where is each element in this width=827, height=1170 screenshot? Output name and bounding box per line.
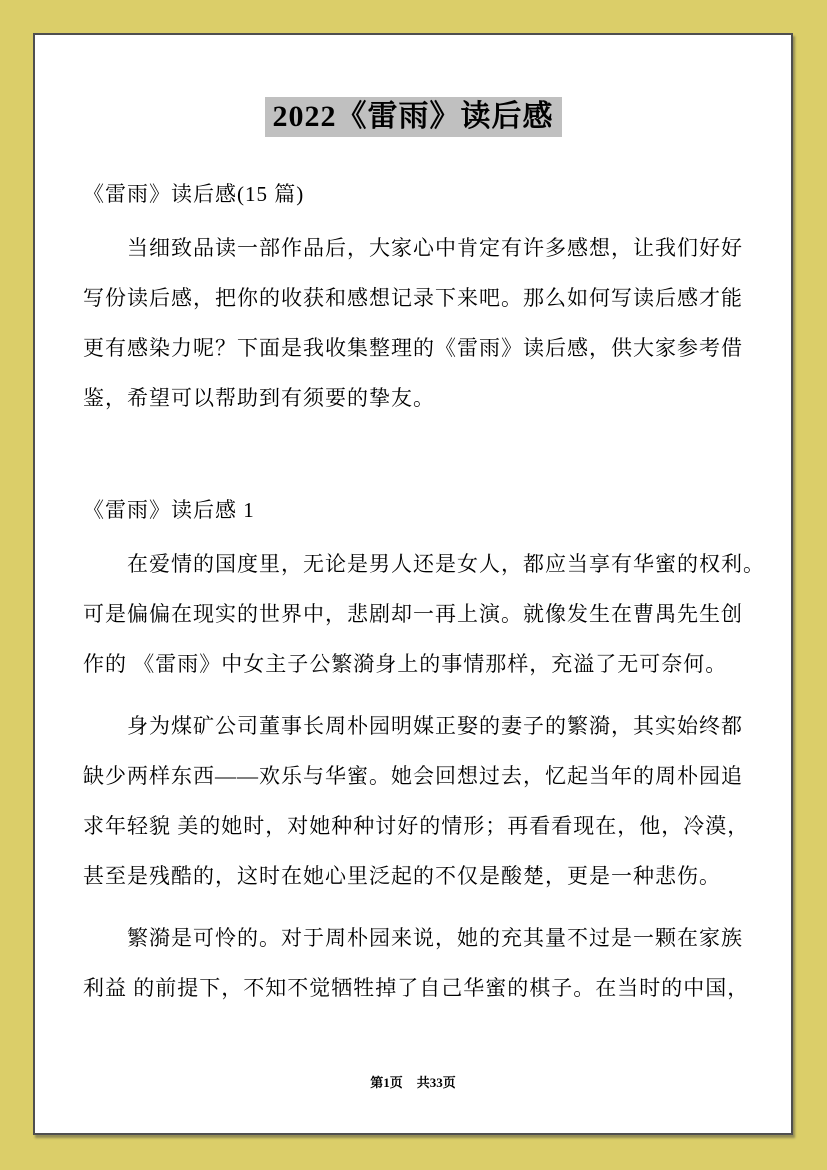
text-line: 繁漪是可怜的。对于周朴园来说，她的充其量不过是一颗在家族 bbox=[83, 913, 743, 963]
text-line: 可是偏偏在现实的世界中，悲剧却一再上演。就像发生在曹禺先生创 bbox=[83, 589, 743, 639]
document-title: 2022《雷雨》读后感 bbox=[83, 97, 743, 137]
document-subtitle: 《雷雨》读后感(15 篇) bbox=[83, 169, 743, 219]
intro-paragraph: 当细致品读一部作品后，大家心中肯定有许多感想，让我们好好 写份读后感，把你的收获… bbox=[83, 223, 743, 423]
document-page: 2022《雷雨》读后感 《雷雨》读后感(15 篇) 当细致品读一部作品后，大家心… bbox=[33, 33, 793, 1135]
text-line: 鉴，希望可以帮助到有须要的挚友。 bbox=[83, 373, 743, 423]
text-line: 更有感染力呢？下面是我收集整理的《雷雨》读后感，供大家参考借 bbox=[83, 323, 743, 373]
text-line: 当细致品读一部作品后，大家心中肯定有许多感想，让我们好好 bbox=[83, 223, 743, 273]
section-heading-1: 《雷雨》读后感 1 bbox=[83, 485, 743, 535]
text-line: 在爱情的国度里，无论是男人还是女人，都应当享有华蜜的权利。 bbox=[83, 539, 743, 589]
text-line: 缺少两样东西——欢乐与华蜜。她会回想过去，忆起当年的周朴园追 bbox=[83, 751, 743, 801]
text-line: 甚至是残酷的，这时在她心里泛起的不仅是酸楚，更是一种悲伤。 bbox=[83, 851, 743, 901]
text-line: 写份读后感，把你的收获和感想记录下来吧。那么如何写读后感才能 bbox=[83, 273, 743, 323]
title-highlighted-text: 2022《雷雨》读后感 bbox=[265, 97, 562, 137]
text-line: 求年轻貌 美的她时，对她种种讨好的情形；再看看现在，他，冷漠， bbox=[83, 801, 743, 851]
current-page-label: 第1页 bbox=[370, 1075, 403, 1090]
total-pages-label: 共33页 bbox=[417, 1075, 456, 1090]
page-footer: 第1页共33页 bbox=[35, 1072, 791, 1091]
body-paragraph-1: 在爱情的国度里，无论是男人还是女人，都应当享有华蜜的权利。 可是偏偏在现实的世界… bbox=[83, 539, 743, 689]
text-line: 利益 的前提下，不知不觉牺牲掉了自己华蜜的棋子。在当时的中国， bbox=[83, 963, 743, 1013]
text-line: 身为煤矿公司董事长周朴园明媒正娶的妻子的繁漪，其实始终都 bbox=[83, 701, 743, 751]
body-paragraph-3: 繁漪是可怜的。对于周朴园来说，她的充其量不过是一颗在家族 利益 的前提下，不知不… bbox=[83, 913, 743, 1013]
viewer-background: 2022《雷雨》读后感 《雷雨》读后感(15 篇) 当细致品读一部作品后，大家心… bbox=[0, 0, 827, 1170]
text-line: 作的 《雷雨》中女主子公繁漪身上的事情那样，充溢了无可奈何。 bbox=[83, 639, 743, 689]
body-paragraph-2: 身为煤矿公司董事长周朴园明媒正娶的妻子的繁漪，其实始终都 缺少两样东西——欢乐与… bbox=[83, 701, 743, 901]
